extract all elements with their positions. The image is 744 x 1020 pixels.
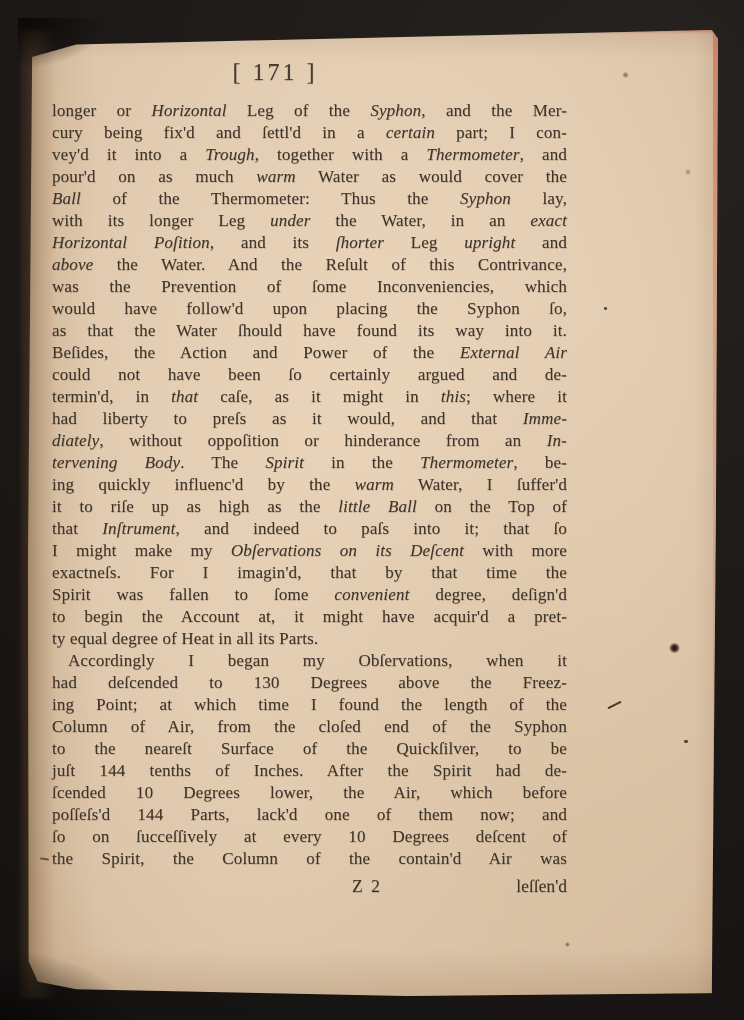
italic-text-segment: above (52, 255, 93, 274)
text-line: Ball of the Thermometer: Thus the Syphon… (52, 188, 567, 210)
text-segment: could not have been ſo certainly argued … (52, 365, 567, 384)
text-line: above the Water. And the Reſult of this … (52, 254, 567, 276)
text-segment: part; I con- (435, 123, 567, 142)
text-segment: that (52, 519, 102, 538)
italic-text-segment: Horizontal (151, 101, 226, 120)
text-segment: pour'd on as much (52, 167, 256, 186)
text-segment: , and (520, 145, 567, 164)
text-segment: ; where it (466, 387, 567, 406)
text-line: the Spirit, the Column of the contain'd … (52, 848, 567, 870)
text-line: Column of Air, from the cloſed end of th… (52, 716, 567, 738)
italic-text-segment: diately (52, 431, 99, 450)
signature-row: Z 2 leſſen'd (52, 876, 567, 900)
text-segment: , without oppoſition or hinderance from … (99, 431, 546, 450)
text-segment: to the neareſt Surface of the Quickſilve… (52, 739, 567, 758)
text-segment: , be- (513, 453, 567, 472)
text-segment: caſe, as it might in (198, 387, 441, 406)
text-segment: vey'd it into a (52, 145, 205, 164)
text-line: Accordingly I began my Obſervations, whe… (52, 650, 567, 672)
text-segment: , and the Mer- (421, 101, 567, 120)
text-segment: Accordingly I began my Obſervations, whe… (68, 651, 567, 670)
text-segment: and (515, 233, 567, 252)
text-line: exactneſs. For I imagin'd, that by that … (52, 562, 567, 584)
text-segment: the Water. And the Reſult of this Contri… (93, 255, 567, 274)
text-segment: the Water, in an (311, 211, 531, 230)
italic-text-segment: under (270, 211, 310, 230)
book-photo: [ 171 ] longer or Horizontal Leg of the … (0, 0, 744, 1020)
text-line: with its longer Leg under the Water, in … (52, 210, 567, 232)
text-segment: Column of Air, from the cloſed end of th… (52, 717, 567, 736)
italic-text-segment: convenient (334, 585, 409, 604)
text-segment: exactneſs. For I imagin'd, that by that … (52, 563, 567, 582)
text-line: would have follow'd upon placing the Syp… (52, 298, 567, 320)
text-segment: ty equal degree of Heat in all its Parts… (52, 629, 318, 648)
text-line: had liberty to preſs as it would, and th… (52, 408, 567, 430)
text-line: had deſcended to 130 Degrees above the F… (52, 672, 567, 694)
italic-text-segment: that (171, 387, 198, 406)
italic-text-segment: little Ball (338, 497, 417, 516)
italic-text-segment: this (441, 387, 466, 406)
page-content: [ 171 ] longer or Horizontal Leg of the … (28, 30, 718, 996)
text-line: ing Point; at which time I found the len… (52, 694, 567, 716)
facing-page-edge (0, 48, 27, 990)
catchword: leſſen'd (516, 876, 567, 897)
text-segment: of the Thermometer: Thus the (81, 189, 460, 208)
text-segment: Water, I ſuffer'd (394, 475, 567, 494)
text-segment: poſſeſs'd 144 Parts, lack'd one of them … (52, 805, 567, 824)
text-segment: Spirit was fallen to ſome (52, 585, 334, 604)
text-segment: termin'd, in (52, 387, 171, 406)
text-segment: ing Point; at which time I found the len… (52, 695, 567, 714)
text-line: Horizontal Poſition, and its ſhorter Leg… (52, 232, 567, 254)
italic-text-segment: upright (464, 233, 515, 252)
text-line: could not have been ſo certainly argued … (52, 364, 567, 386)
text-segment: juſt 144 tenths of Inches. After the Spi… (52, 761, 567, 780)
text-segment: , and indeed to paſs into it; that ſo (176, 519, 567, 538)
text-segment: I might make my (52, 541, 231, 560)
text-segment: Leg of the (227, 101, 371, 120)
text-line: was the Prevention of ſome Inconvenienci… (52, 276, 567, 298)
text-segment: longer or (52, 101, 151, 120)
text-line: tervening Body. The Spirit in the Thermo… (52, 452, 567, 474)
text-line: ſcended 10 Degrees lower, the Air, which… (52, 782, 567, 804)
text-segment: the Spirit, the Column of the contain'd … (52, 849, 567, 868)
italic-text-segment: Syphon (460, 189, 511, 208)
italic-text-segment: tervening Body (52, 453, 180, 472)
page-number-header: [ 171 ] (28, 60, 522, 87)
text-segment: cury being fix'd and ſettl'd in a (52, 123, 386, 142)
italic-text-segment: Ball (52, 189, 81, 208)
text-segment: lay, (511, 189, 567, 208)
text-segment: Beſides, the Action and Power of the (52, 343, 460, 362)
text-line: to the neareſt Surface of the Quickſilve… (52, 738, 567, 760)
italic-text-segment: Inſtrument (102, 519, 175, 538)
text-line: cury being fix'd and ſettl'd in a certai… (52, 122, 567, 144)
italic-text-segment: Imme- (523, 409, 567, 428)
text-line: ſo on ſucceſſively at every 10 Degrees d… (52, 826, 567, 848)
text-segment: Leg (384, 233, 464, 252)
text-line: to begin the Account at, it might have a… (52, 606, 567, 628)
text-segment: . The (180, 453, 265, 472)
italic-text-segment: External Air (460, 343, 567, 362)
italic-text-segment: Syphon (370, 101, 421, 120)
body-text: longer or Horizontal Leg of the Syphon, … (52, 100, 567, 900)
text-segment: with more (464, 541, 567, 560)
book-page: [ 171 ] longer or Horizontal Leg of the … (28, 30, 718, 996)
text-line: juſt 144 tenths of Inches. After the Spi… (52, 760, 567, 782)
text-line: longer or Horizontal Leg of the Syphon, … (52, 100, 567, 122)
text-segment: ſo on ſucceſſively at every 10 Degrees d… (52, 827, 567, 846)
italic-text-segment: Obſervations on its Deſcent (231, 541, 464, 560)
text-segment: degree, deſign'd (410, 585, 567, 604)
text-segment: with its longer Leg (52, 211, 270, 230)
signature-mark: Z 2 (352, 876, 382, 897)
italic-text-segment: warm (256, 167, 295, 186)
italic-text-segment: Spirit (265, 453, 304, 472)
text-segment: on the Top of (417, 497, 567, 516)
italic-text-segment: Trough (205, 145, 254, 164)
text-segment: , and its (210, 233, 336, 252)
text-line: ty equal degree of Heat in all its Parts… (52, 628, 567, 650)
text-segment: as that the Water ſhould have found its … (52, 321, 567, 340)
text-segment: Water as would cover the (296, 167, 567, 186)
text-segment: , together with a (255, 145, 427, 164)
text-line: as that the Water ſhould have found its … (52, 320, 567, 342)
text-segment: in the (304, 453, 420, 472)
text-segment: to begin the Account at, it might have a… (52, 607, 567, 626)
text-line: it to riſe up as high as the little Ball… (52, 496, 567, 518)
text-line: vey'd it into a Trough, together with a … (52, 144, 567, 166)
italic-text-segment: Thermometer (426, 145, 519, 164)
text-line: Spirit was fallen to ſome convenient deg… (52, 584, 567, 606)
text-line: ing quickly influenc'd by the warm Water… (52, 474, 567, 496)
italic-text-segment: certain (386, 123, 435, 142)
text-line: termin'd, in that caſe, as it might in t… (52, 386, 567, 408)
italic-text-segment: ſhorter (336, 233, 384, 252)
italic-text-segment: exact (530, 211, 567, 230)
text-segment: had liberty to preſs as it would, and th… (52, 409, 523, 428)
text-line: diately, without oppoſition or hinderanc… (52, 430, 567, 452)
text-line: Beſides, the Action and Power of the Ext… (52, 342, 567, 364)
text-segment: it to riſe up as high as the (52, 497, 338, 516)
text-segment: would have follow'd upon placing the Syp… (52, 299, 567, 318)
italic-text-segment: In- (547, 431, 567, 450)
text-line: that Inſtrument, and indeed to paſs into… (52, 518, 567, 540)
italic-text-segment: Horizontal Poſition (52, 233, 210, 252)
text-segment: had deſcended to 130 Degrees above the F… (52, 673, 567, 692)
text-segment: ing quickly influenc'd by the (52, 475, 355, 494)
italic-text-segment: warm (355, 475, 394, 494)
text-line: poſſeſs'd 144 Parts, lack'd one of them … (52, 804, 567, 826)
text-line: pour'd on as much warm Water as would co… (52, 166, 567, 188)
text-line: I might make my Obſervations on its Deſc… (52, 540, 567, 562)
text-segment: ſcended 10 Degrees lower, the Air, which… (52, 783, 567, 802)
text-segment: was the Prevention of ſome Inconvenienci… (52, 277, 567, 296)
italic-text-segment: Thermometer (420, 453, 513, 472)
